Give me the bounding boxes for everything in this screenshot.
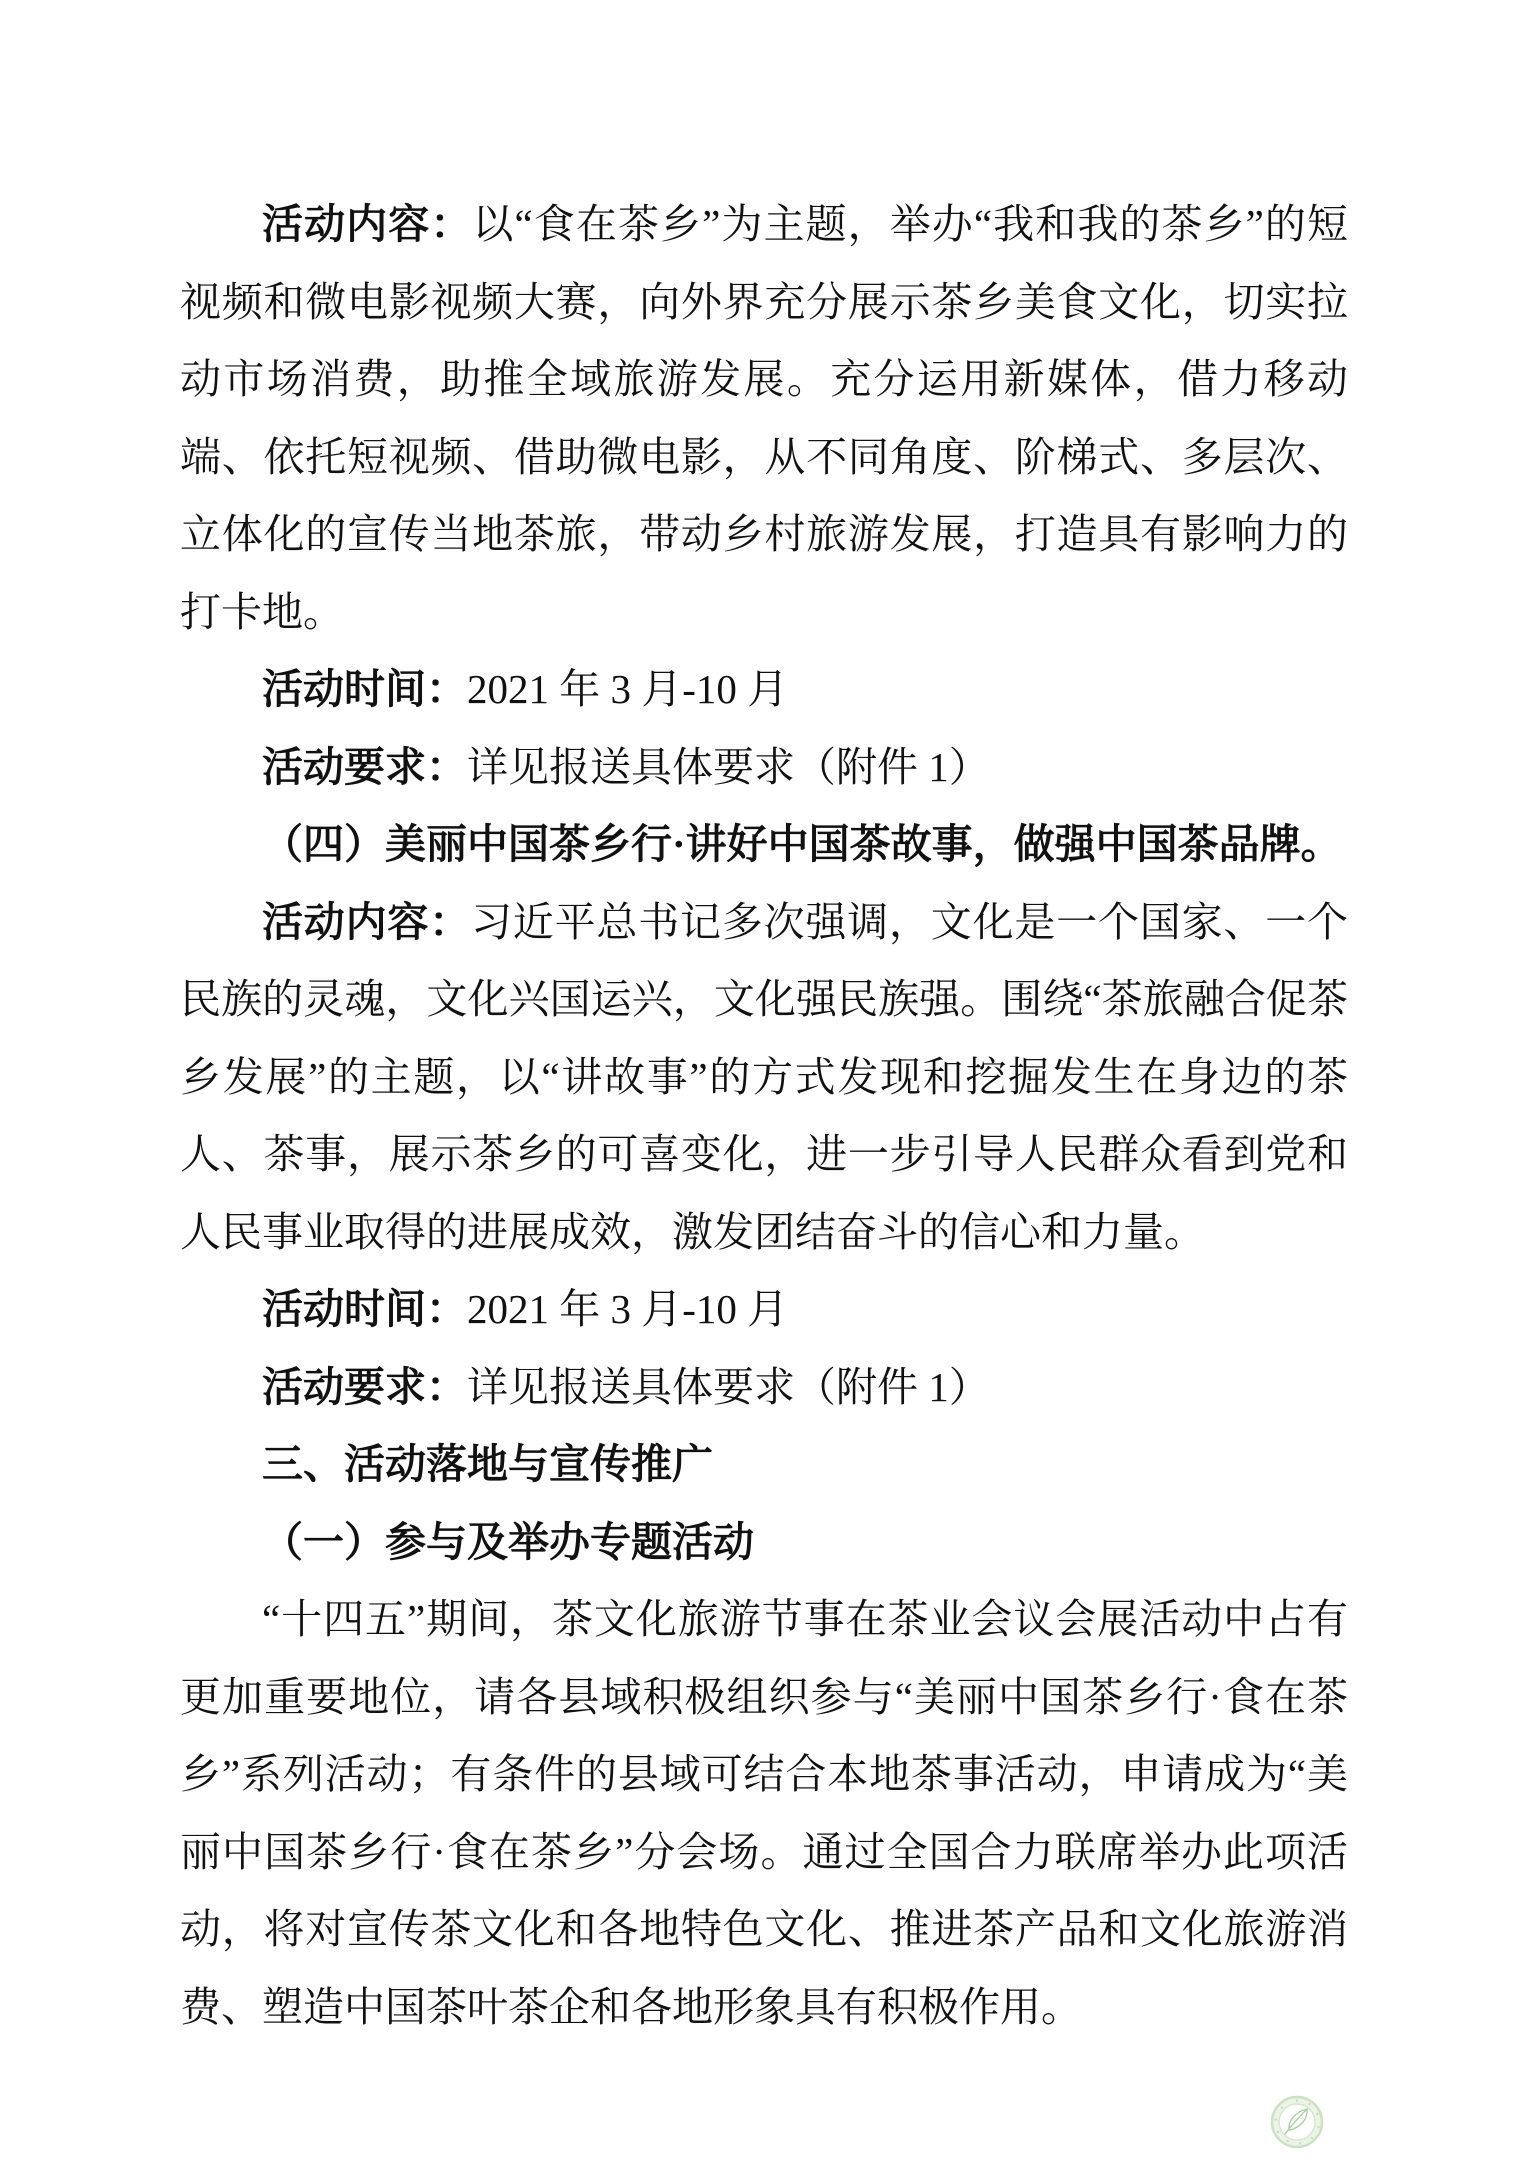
paragraph: 活动内容：习近平总书记多次强调，文化是一个国家、一个民族的灵魂，文化兴国运兴，文… <box>180 884 1348 1272</box>
text-run: 以“食在茶乡”为主题，举办“我和我的茶乡”的短视频和微电影视频大赛，向外界充分展… <box>180 201 1348 635</box>
text-run: 详见报送具体要求（附件 1） <box>467 744 990 790</box>
bold-run: 活动时间： <box>262 666 467 712</box>
document-body: 活动内容：以“食在茶乡”为主题，举办“我和我的茶乡”的短视频和微电影视频大赛，向… <box>180 186 1348 2046</box>
paragraph: 活动要求：详见报送具体要求（附件 1） <box>180 1349 1348 1427</box>
text-run: 2021 年 3 月-10 月 <box>467 1286 788 1332</box>
bold-run: 活动要求： <box>262 1364 467 1410</box>
paragraph: 活动要求：详见报送具体要求（附件 1） <box>180 729 1348 807</box>
paragraph: “十四五”期间，茶文化旅游节事在茶业会议会展活动中占有更加重要地位，请各县域积极… <box>180 1581 1348 2046</box>
paragraph: 三、活动落地与宣传推广 <box>180 1426 1348 1504</box>
paragraph: （一）参与及举办专题活动 <box>180 1504 1348 1582</box>
bold-run: 活动要求： <box>262 744 467 790</box>
text-run: 2021 年 3 月-10 月 <box>467 666 788 712</box>
bold-run: （四）美丽中国茶乡行·讲好中国茶故事，做强中国茶品牌。 <box>262 821 1342 867</box>
document-page: 活动内容：以“食在茶乡”为主题，举办“我和我的茶乡”的短视频和微电影视频大赛，向… <box>0 0 1532 2170</box>
paragraph: （四）美丽中国茶乡行·讲好中国茶故事，做强中国茶品牌。 <box>180 806 1348 884</box>
paragraph: 活动内容：以“食在茶乡”为主题，举办“我和我的茶乡”的短视频和微电影视频大赛，向… <box>180 186 1348 651</box>
bold-run: 活动内容： <box>262 201 472 247</box>
leaf-seal-watermark-icon <box>1269 2094 1325 2150</box>
bold-run: 三、活动落地与宣传推广 <box>262 1441 713 1487</box>
paragraph: 活动时间：2021 年 3 月-10 月 <box>180 1271 1348 1349</box>
bold-run: 活动内容： <box>262 899 471 945</box>
text-run: 详见报送具体要求（附件 1） <box>467 1364 990 1410</box>
paragraph: 活动时间：2021 年 3 月-10 月 <box>180 651 1348 729</box>
text-run: “十四五”期间，茶文化旅游节事在茶业会议会展活动中占有更加重要地位，请各县域积极… <box>180 1596 1348 2030</box>
text-run: 习近平总书记多次强调，文化是一个国家、一个民族的灵魂，文化兴国运兴，文化强民族强… <box>180 899 1348 1255</box>
bold-run: 活动时间： <box>262 1286 467 1332</box>
bold-run: （一）参与及举办专题活动 <box>262 1519 754 1565</box>
